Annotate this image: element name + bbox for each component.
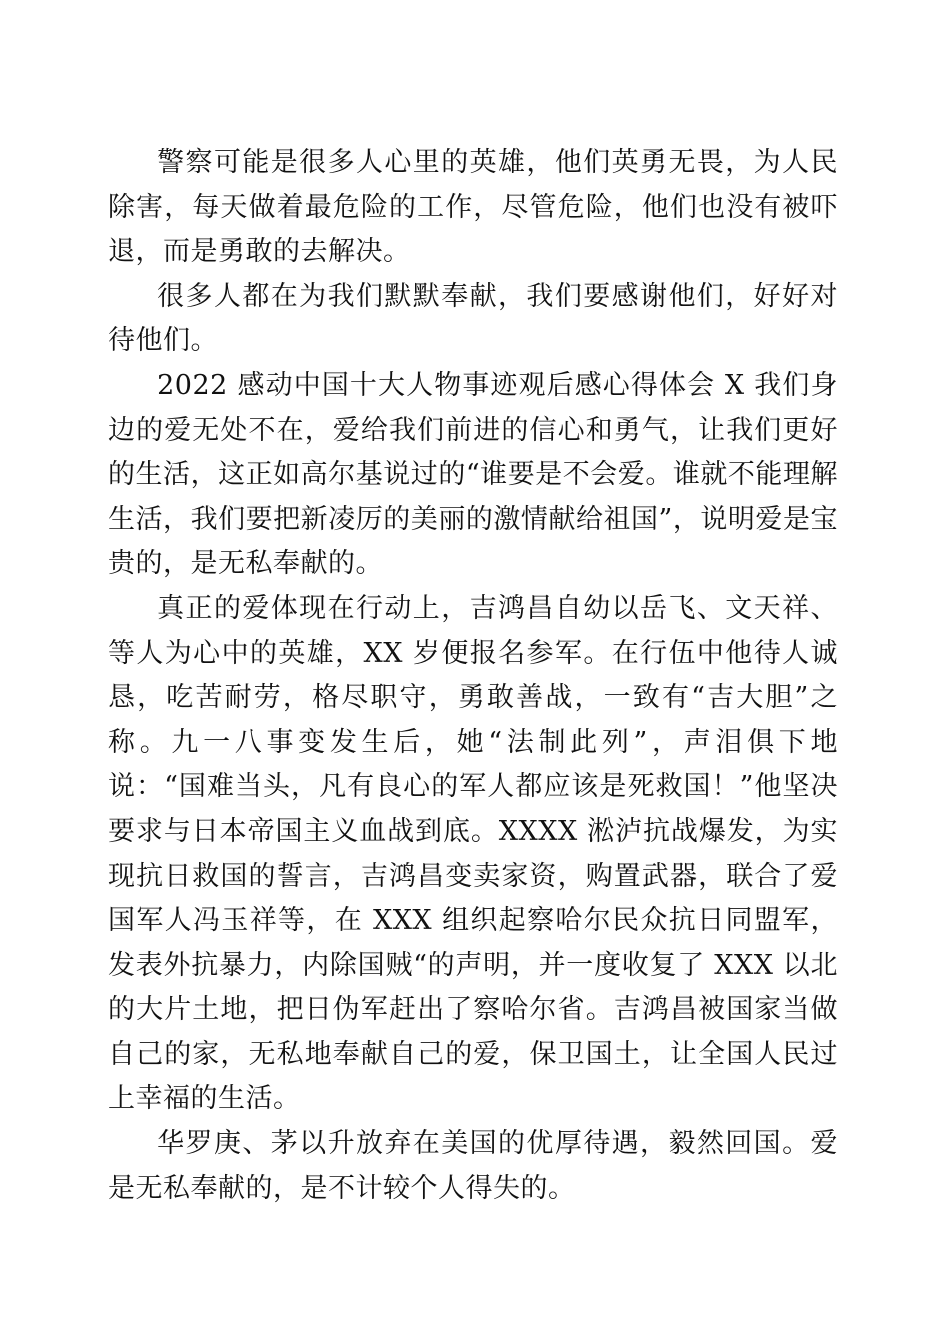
paragraph-silent-dedication: 很多人都在为我们默默奉献，我们要感谢他们，好好对待他们。 xyxy=(108,275,838,364)
paragraph-essay-title-love: 2022 感动中国十大人物事迹观后感心得体会 X 我们身边的爱无处不在，爱给我们… xyxy=(108,364,838,587)
paragraph-ji-hongchang-story: 真正的爱体现在行动上，吉鸿昌自幼以岳飞、文天祥、等人为心中的英雄，XX 岁便报名… xyxy=(108,587,838,1122)
paragraph-police-heroes: 警察可能是很多人心里的英雄，他们英勇无畏，为人民除害，每天做着最危险的工作，尽管… xyxy=(108,141,838,275)
paragraph-hua-luogeng: 华罗庚、茅以升放弃在美国的优厚待遇，毅然回国。爱是无私奉献的，是不计较个人得失的… xyxy=(108,1122,838,1211)
document-body: 警察可能是很多人心里的英雄，他们英勇无畏，为人民除害，每天做着最危险的工作，尽管… xyxy=(108,141,838,1211)
document-page: 警察可能是很多人心里的英雄，他们英勇无畏，为人民除害，每天做着最危险的工作，尽管… xyxy=(0,0,950,1344)
